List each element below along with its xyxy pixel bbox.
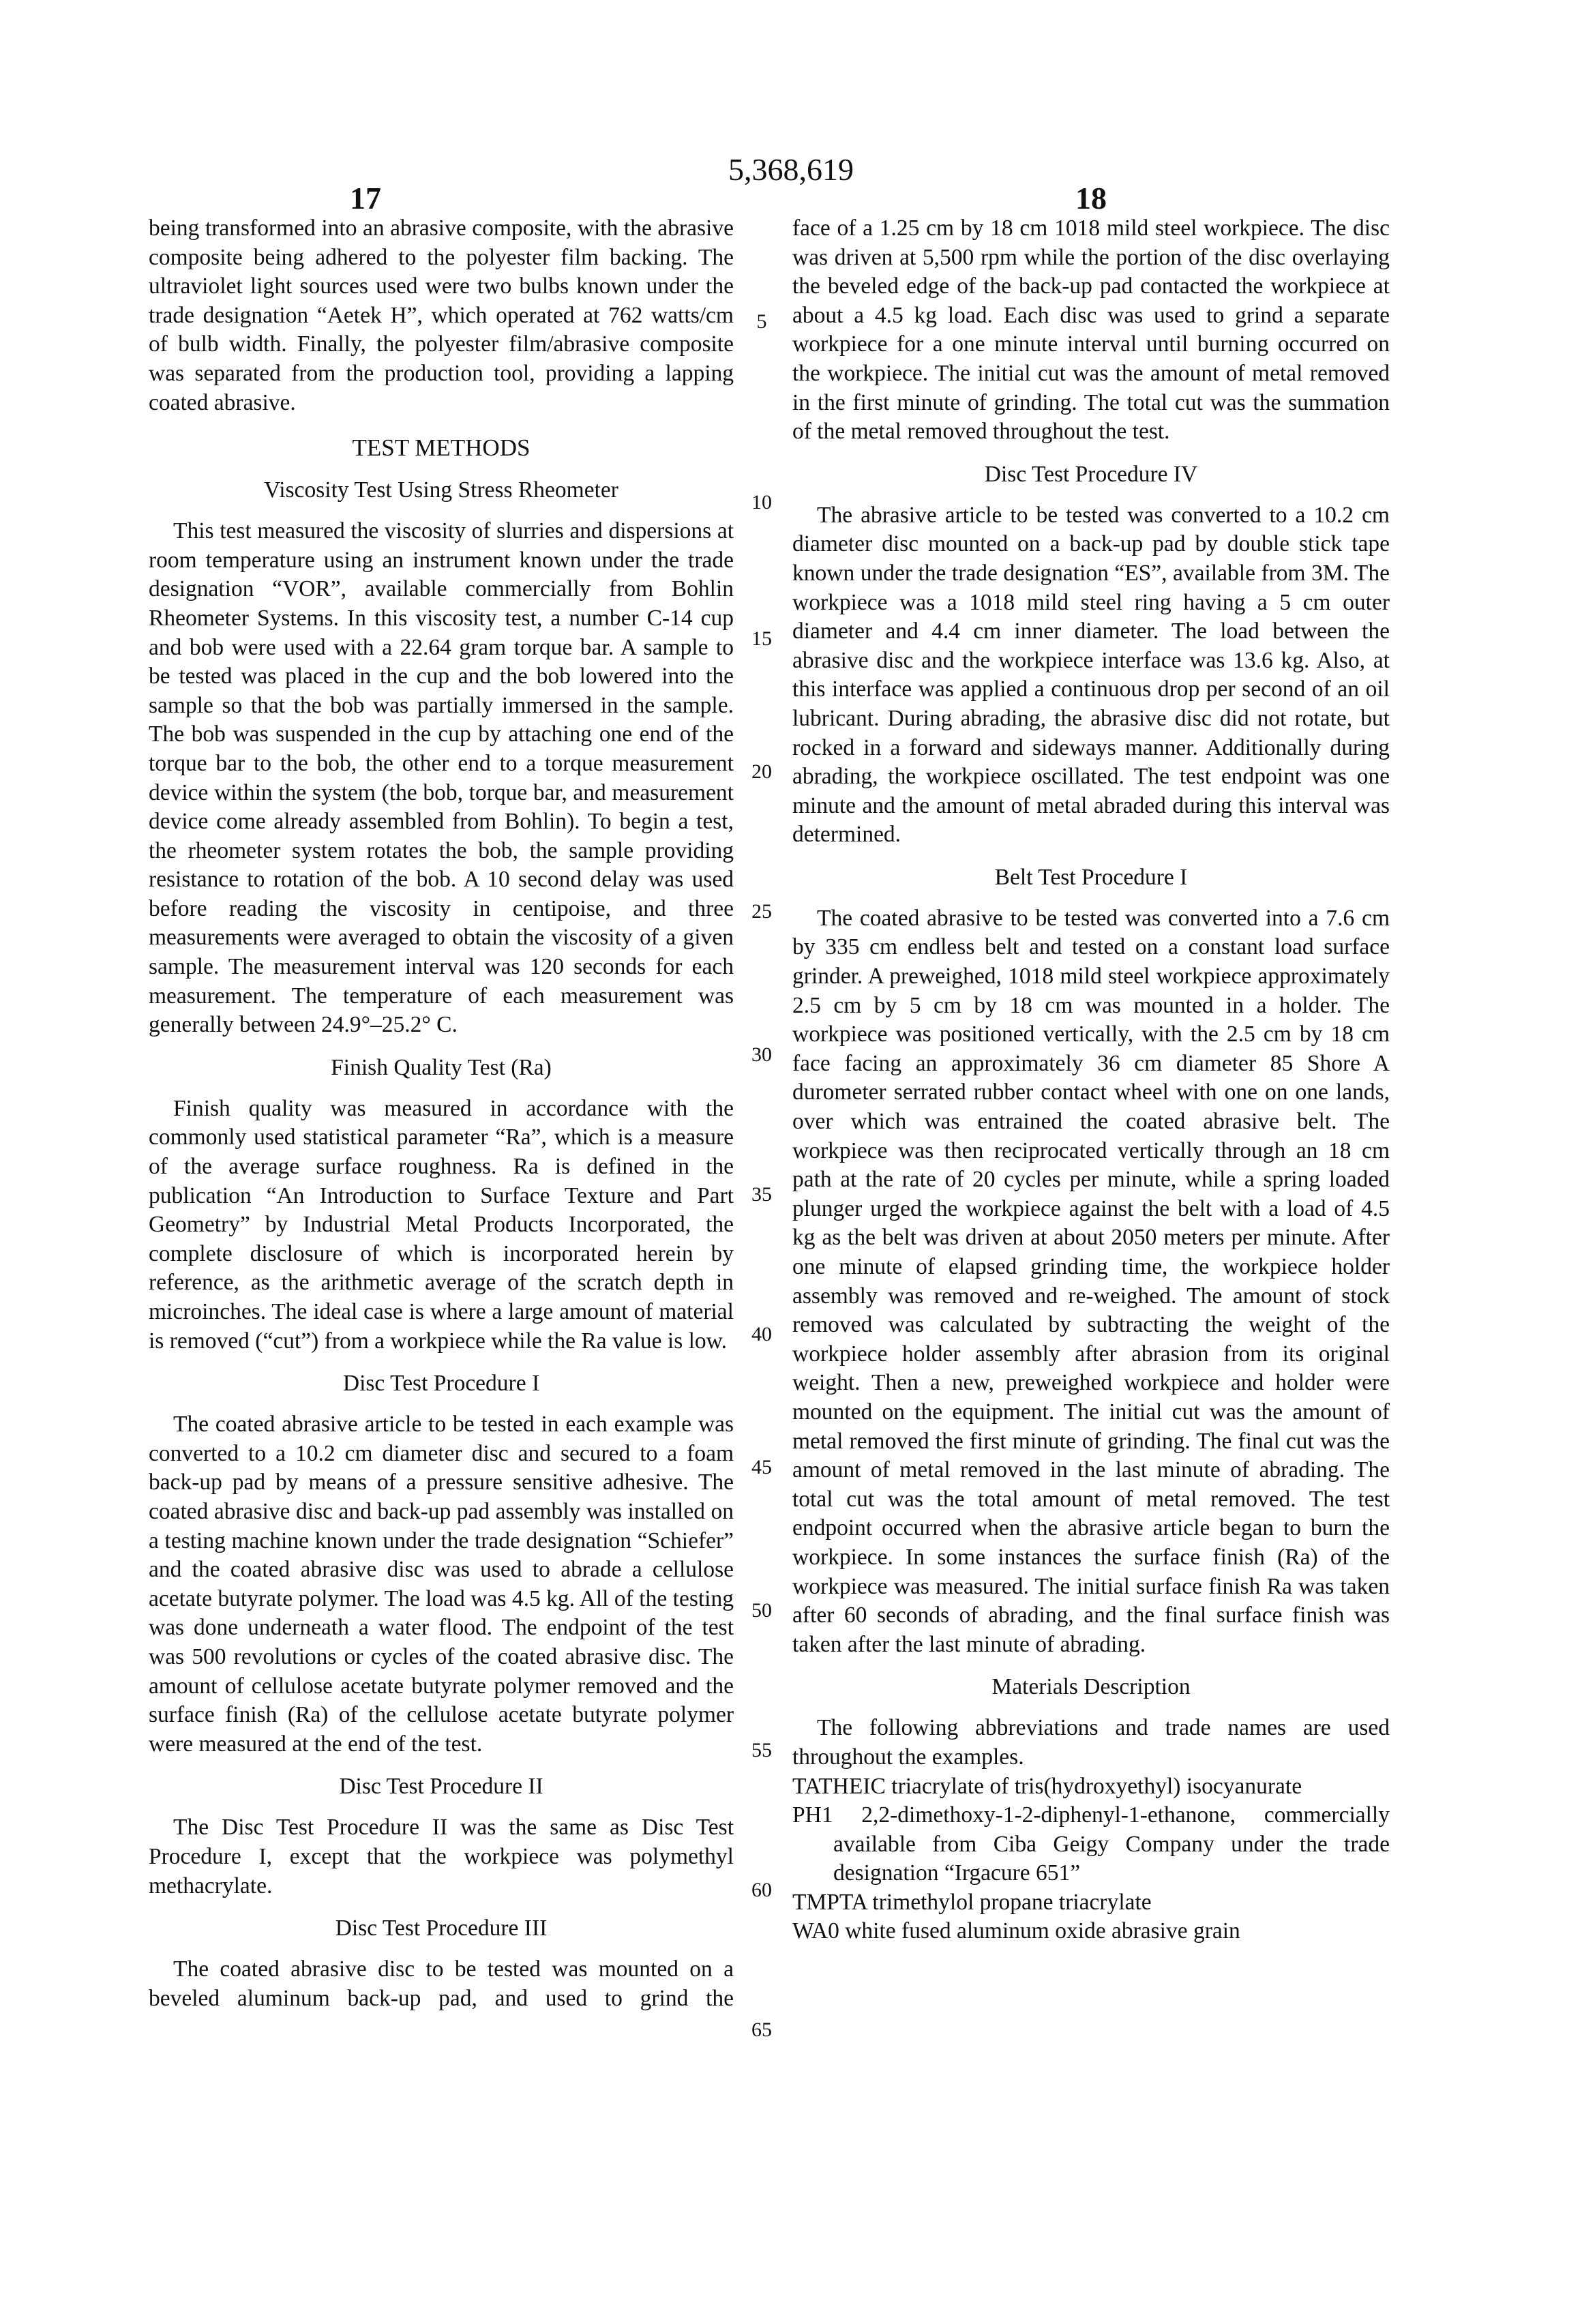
continuation-paragraph: face of a 1.25 cm by 18 cm 1018 mild ste… — [792, 214, 1390, 447]
heading-disc-test-2: Disc Test Procedure II — [149, 1772, 734, 1801]
line-number: 60 — [738, 1879, 786, 1902]
heading-disc-test-4: Disc Test Procedure IV — [792, 460, 1390, 489]
heading-viscosity-test: Viscosity Test Using Stress Rheometer — [149, 476, 734, 505]
paragraph-disc-test-3: The coated abrasive disc to be tested wa… — [149, 1955, 734, 2013]
line-number: 40 — [738, 1323, 786, 1346]
line-number: 25 — [738, 900, 786, 923]
abbreviation-item: TATHEIC triacrylate of tris(hydroxyethyl… — [792, 1772, 1390, 1802]
heading-finish-quality-test: Finish Quality Test (Ra) — [149, 1054, 734, 1082]
line-number: 45 — [738, 1456, 786, 1479]
heading-belt-test-1: Belt Test Procedure I — [792, 863, 1390, 892]
abbreviation-definition: triacrylate of tris(hydroxyethyl) isocya… — [891, 1774, 1302, 1799]
left-column: being transformed into an abrasive compo… — [149, 214, 734, 2013]
abbreviation-item: PH1 2,2-dimethoxy-1-2-diphenyl-1-ethanon… — [792, 1801, 1390, 1888]
heading-disc-test-3: Disc Test Procedure III — [149, 1914, 734, 1943]
line-number: 20 — [738, 760, 786, 784]
line-number: 30 — [738, 1043, 786, 1067]
right-column-number: 18 — [1023, 180, 1159, 216]
abbreviation-item: TMPTA trimethylol propane triacrylate — [792, 1888, 1390, 1918]
line-number: 35 — [738, 1183, 786, 1206]
intro-paragraph: being transformed into an abrasive compo… — [149, 214, 734, 417]
line-number: 15 — [738, 627, 786, 651]
patent-number: 5,368,619 — [0, 151, 1582, 188]
abbreviation-definition: trimethylol propane triacrylate — [872, 1890, 1151, 1915]
line-number: 5 — [738, 310, 786, 333]
line-number: 65 — [738, 2018, 786, 2042]
paragraph-disc-test-2: The Disc Test Procedure II was the same … — [149, 1813, 734, 1901]
left-column-number: 17 — [297, 180, 434, 216]
paragraph-viscosity-test: This test measured the viscosity of slur… — [149, 517, 734, 1040]
paragraph-finish-quality-test: Finish quality was measured in accordanc… — [149, 1094, 734, 1356]
right-column: face of a 1.25 cm by 18 cm 1018 mild ste… — [792, 214, 1390, 1946]
paragraph-disc-test-4: The abrasive article to be tested was co… — [792, 501, 1390, 850]
abbreviation-term: PH1 — [792, 1802, 833, 1828]
paragraph-belt-test-1: The coated abrasive to be tested was con… — [792, 904, 1390, 1659]
line-number: 55 — [738, 1739, 786, 1762]
paragraph-disc-test-1: The coated abrasive article to be tested… — [149, 1410, 734, 1759]
paragraph-materials-description: The following abbreviations and trade na… — [792, 1714, 1390, 1772]
abbreviation-term: WA0 — [792, 1918, 839, 1943]
line-number: 10 — [738, 491, 786, 514]
abbreviation-item: WA0 white fused aluminum oxide abrasive … — [792, 1917, 1390, 1946]
heading-disc-test-1: Disc Test Procedure I — [149, 1369, 734, 1398]
abbreviation-term: TATHEIC — [792, 1774, 886, 1799]
abbreviation-definition: 2,2-dimethoxy-1-2-diphenyl-1-ethanone, c… — [833, 1802, 1390, 1886]
heading-materials-description: Materials Description — [792, 1673, 1390, 1701]
line-number: 50 — [738, 1599, 786, 1622]
abbreviation-term: TMPTA — [792, 1890, 867, 1915]
abbreviation-definition: white fused aluminum oxide abrasive grai… — [845, 1918, 1240, 1943]
section-title-test-methods: TEST METHODS — [149, 434, 734, 462]
